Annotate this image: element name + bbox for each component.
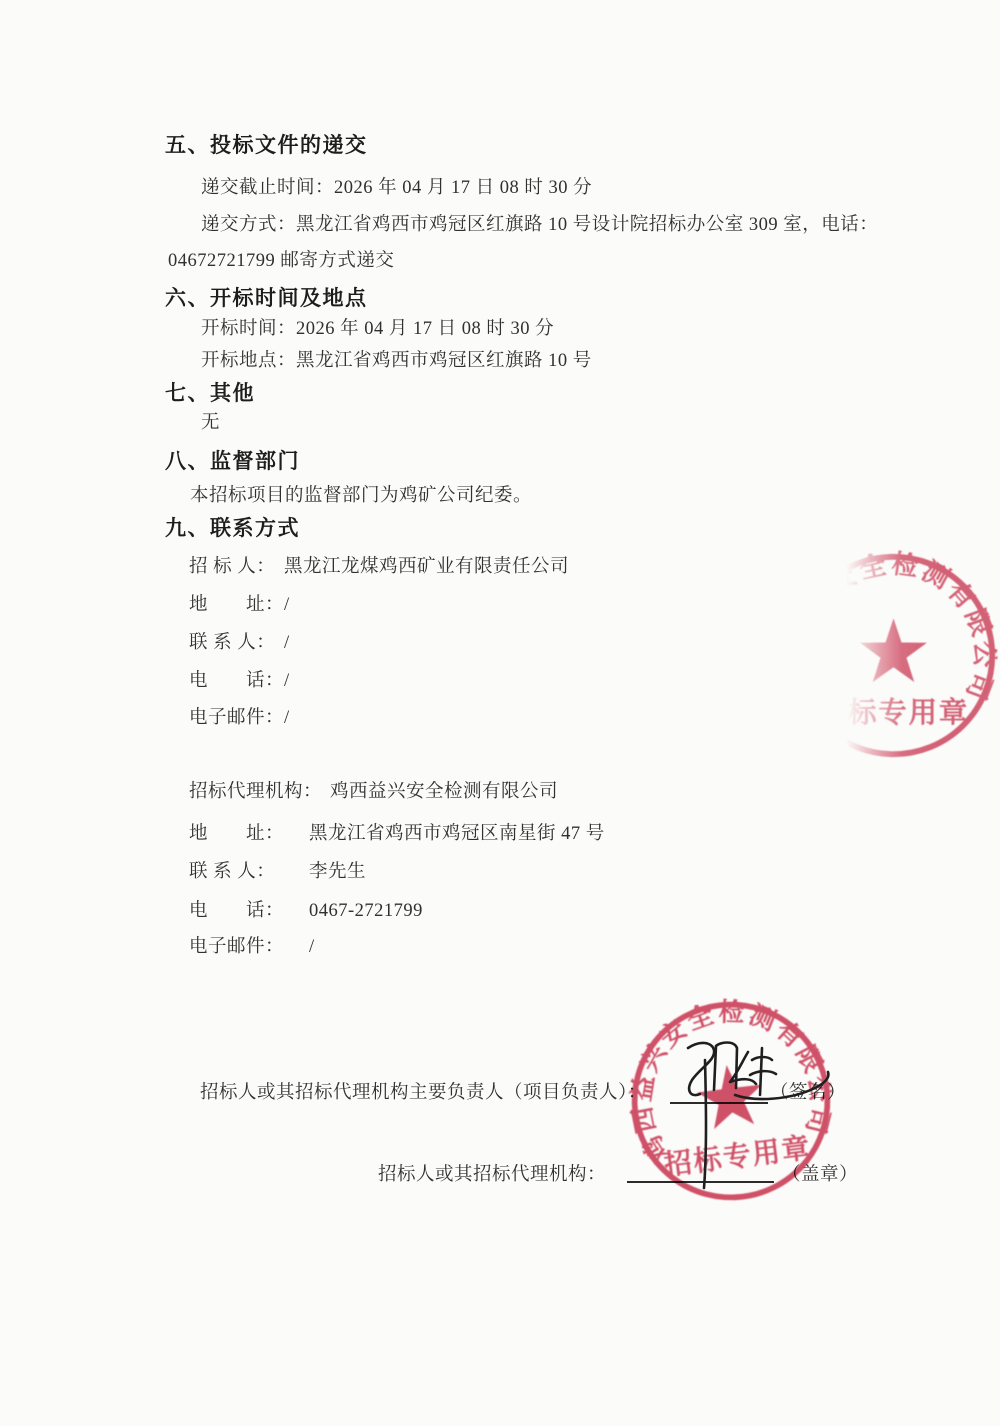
agency-email-row: 电子邮件：/ bbox=[189, 932, 315, 958]
seal-ring-circle bbox=[795, 557, 992, 754]
tenderer-phone-row: 电 话：/ bbox=[189, 666, 290, 692]
company-seal-top: 鸡西益兴安全检测有限公司 招标专用章 bbox=[786, 548, 1000, 763]
agency-contact-value: 李先生 bbox=[309, 862, 366, 882]
tenderer-email-row: 电子邮件：/ bbox=[189, 703, 290, 729]
agency-phone-label: 电 话： bbox=[189, 896, 309, 922]
tenderer-email-value: / bbox=[284, 708, 290, 728]
seal-line bbox=[627, 1173, 774, 1183]
agency-address-row: 地 址：黑龙江省鸡西市鸡冠区南星街 47 号 bbox=[189, 819, 605, 845]
tenderer-name-label: 招 标 人： bbox=[189, 552, 284, 578]
tenderer-address-label: 地 址： bbox=[189, 590, 284, 616]
tenderer-address-row: 地 址：/ bbox=[189, 590, 290, 616]
tenderer-phone-value: / bbox=[284, 671, 290, 691]
submission-deadline-line: 递交截止时间：2026 年 04 月 17 日 08 时 30 分 bbox=[201, 173, 592, 199]
seal-ring-text: 鸡西益兴安全检测有限公司 bbox=[787, 548, 1000, 714]
document-page: { "sections": { "s5": { "heading": "五、投标… bbox=[0, 0, 1000, 1426]
agency-contact-row: 联 系 人：李先生 bbox=[189, 857, 366, 883]
section-5-heading: 五、投标文件的递交 bbox=[165, 129, 368, 159]
section-8-content: 本招标项目的监督部门为鸡矿公司纪委。 bbox=[190, 481, 532, 507]
agency-name-value: 鸡西益兴安全检测有限公司 bbox=[330, 782, 558, 802]
section-7-heading: 七、其他 bbox=[165, 377, 255, 407]
agency-phone-value: 0467-2721799 bbox=[309, 901, 423, 921]
bid-opening-place-line: 开标地点：黑龙江省鸡西市鸡冠区红旗路 10 号 bbox=[201, 346, 592, 372]
section-8-heading: 八、监督部门 bbox=[165, 445, 300, 475]
tenderer-address-value: / bbox=[284, 595, 290, 615]
tenderer-phone-label: 电 话： bbox=[189, 666, 284, 692]
tenderer-contact-label: 联 系 人： bbox=[189, 628, 284, 654]
section-6-heading: 六、开标时间及地点 bbox=[165, 282, 368, 312]
agency-email-value: / bbox=[309, 937, 315, 957]
tenderer-contact-value: / bbox=[284, 633, 290, 653]
agency-name-row: 招标代理机构：鸡西益兴安全检测有限公司 bbox=[189, 777, 558, 803]
agency-address-label: 地 址： bbox=[189, 819, 309, 845]
agency-contact-label: 联 系 人： bbox=[189, 857, 309, 883]
section-7-content: 无 bbox=[201, 408, 220, 434]
star-icon bbox=[860, 618, 927, 682]
tenderer-name-row: 招 标 人：黑龙江龙煤鸡西矿业有限责任公司 bbox=[189, 552, 569, 578]
tenderer-email-label: 电子邮件： bbox=[189, 703, 284, 729]
responsible-person-label: 招标人或其招标代理机构主要负责人（项目负责人）： bbox=[200, 1078, 647, 1104]
seal-graphic: 鸡西益兴安全检测有限公司 招标专用章 bbox=[786, 548, 1000, 763]
agency-address-value: 黑龙江省鸡西市鸡冠区南星街 47 号 bbox=[309, 824, 605, 844]
agency-phone-row: 电 话：0467-2721799 bbox=[189, 896, 423, 922]
agency-seal-label: 招标人或其招标代理机构： bbox=[378, 1160, 606, 1186]
seal-label: 招标专用章 bbox=[818, 696, 969, 729]
signature-line bbox=[670, 1094, 768, 1104]
agency-name-label: 招标代理机构： bbox=[189, 777, 322, 803]
tenderer-contact-row: 联 系 人：/ bbox=[189, 628, 290, 654]
section-9-heading: 九、联系方式 bbox=[165, 512, 300, 542]
submission-method-line1: 递交方式：黑龙江省鸡西市鸡冠区红旗路 10 号设计院招标办公室 309 室，电话… bbox=[201, 210, 878, 236]
seal-suffix: （盖章） bbox=[782, 1160, 858, 1186]
submission-method-line2: 04672721799 邮寄方式递交 bbox=[168, 246, 394, 272]
agency-email-label: 电子邮件： bbox=[189, 932, 309, 958]
bid-opening-time-line: 开标时间：2026 年 04 月 17 日 08 时 30 分 bbox=[201, 314, 554, 340]
sign-suffix: （签名） bbox=[770, 1078, 846, 1104]
tenderer-name-value: 黑龙江龙煤鸡西矿业有限责任公司 bbox=[284, 557, 569, 577]
